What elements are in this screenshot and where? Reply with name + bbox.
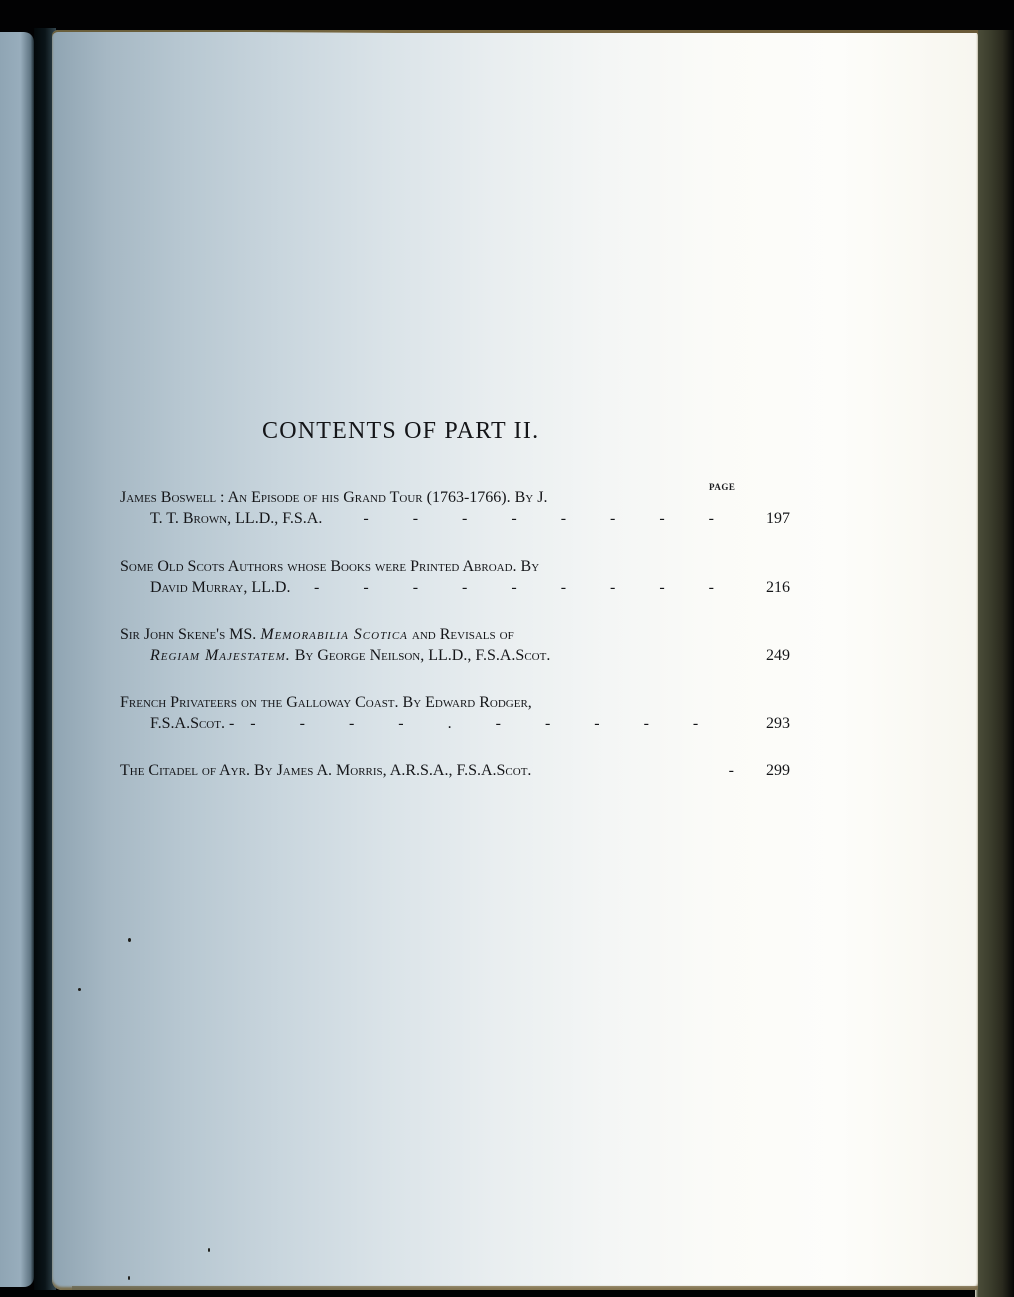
book-page: CONTENTS OF PART II. PAGE James Boswell … bbox=[52, 30, 978, 1290]
toc-entry-title-part: and Revisals of bbox=[412, 626, 514, 643]
dot-leader: - bbox=[531, 760, 740, 781]
toc-entry-page: 216 bbox=[766, 577, 790, 598]
toc-entry-title: James Boswell : An Episode of his Grand … bbox=[120, 487, 740, 508]
paper-speck bbox=[128, 938, 131, 942]
toc-entry-author-line: F.S.A.Scot. - - - - - . - - - - - - 293 bbox=[120, 713, 740, 734]
toc-entry-title: Some Old Scots Authors whose Books were … bbox=[120, 556, 740, 577]
toc-entry: Sir John Skene's MS. Memorabilia Scotica… bbox=[120, 624, 740, 666]
left-page-edge bbox=[0, 32, 34, 1287]
toc-entry-author-line: David Murray, LL.D. - - - - - - - - - 21… bbox=[120, 577, 740, 598]
dot-leader: - - - - - - - - - bbox=[306, 577, 740, 598]
toc-entry: The Citadel of Ayr. By James A. Morris, … bbox=[120, 760, 740, 781]
toc-entry-author: F.S.A.Scot. - bbox=[150, 713, 234, 734]
toc-entry-title: Sir John Skene's MS. Memorabilia Scotica… bbox=[120, 624, 740, 645]
toc-entry-line: The Citadel of Ayr. By James A. Morris, … bbox=[120, 760, 740, 781]
toc-entry-page: 197 bbox=[766, 508, 790, 529]
toc-entry-title: The Citadel of Ayr. By James A. Morris, … bbox=[120, 760, 531, 781]
toc-entry-page: 293 bbox=[766, 713, 790, 734]
toc-entry-author: T. T. Brown, LL.D., F.S.A. bbox=[150, 508, 322, 529]
toc-entry: Some Old Scots Authors whose Books were … bbox=[120, 556, 740, 598]
page-title: CONTENTS OF PART II. bbox=[262, 418, 539, 445]
dot-leader: - - - - - - - - bbox=[338, 508, 740, 529]
toc-entry-title-part: Sir John Skene's MS. bbox=[120, 626, 256, 643]
toc-entry-author-line: T. T. Brown, LL.D., F.S.A. - - - - - - -… bbox=[120, 508, 740, 529]
toc-entry-page: 299 bbox=[766, 760, 790, 781]
toc-entry-page: 249 bbox=[766, 645, 790, 666]
toc-entry-author-line: Regiam Majestatem. By George Neilson, LL… bbox=[120, 645, 740, 666]
toc-entry-author: Regiam Majestatem. By George Neilson, LL… bbox=[150, 645, 550, 666]
toc-entry-title-italic: Regiam Majestatem. bbox=[150, 647, 291, 664]
paper-speck bbox=[208, 1248, 210, 1252]
toc-entry: French Privateers on the Galloway Coast.… bbox=[120, 692, 740, 734]
paper-speck bbox=[128, 1276, 130, 1280]
toc-entry-author-name: By George Neilson, LL.D., F.S.A.Scot. bbox=[295, 647, 551, 664]
toc-entry-title-italic: Memorabilia Scotica bbox=[260, 626, 408, 643]
dot-leader: - - - - . - - - - - - bbox=[250, 713, 740, 734]
toc-entry: James Boswell : An Episode of his Grand … bbox=[120, 487, 740, 529]
paper-speck bbox=[78, 988, 81, 991]
toc-entry-title: French Privateers on the Galloway Coast.… bbox=[120, 692, 740, 713]
toc-entry-author: David Murray, LL.D. bbox=[150, 577, 290, 598]
page-content: CONTENTS OF PART II. PAGE James Boswell … bbox=[52, 30, 978, 1290]
book-right-edge bbox=[975, 30, 1014, 1297]
